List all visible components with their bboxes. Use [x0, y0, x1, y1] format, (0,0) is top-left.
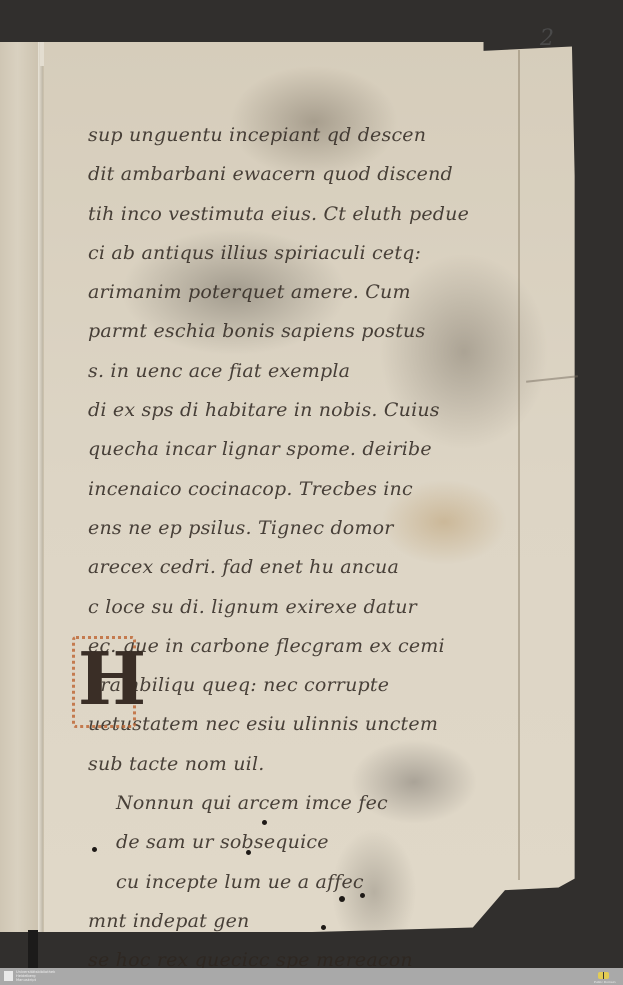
text-line: prambiliqu queq: nec corrupte: [88, 674, 488, 713]
ink-spot: [321, 925, 326, 930]
decorated-initial: H: [78, 640, 124, 718]
ink-spot: [92, 847, 97, 852]
text-line: sub tacte nom uil.: [88, 753, 488, 792]
text-line: c loce su di. lignum exirexe datur: [88, 596, 488, 635]
text-line: arecex cedri. fad enet hu ancua: [88, 556, 488, 595]
manuscript-text-block: sup unguentu incepiant qd descen dit amb…: [88, 124, 488, 985]
text-line: dit ambarbani ewacern quod discend: [88, 163, 488, 202]
text-line: Nonnun qui arcem imce fec: [88, 792, 488, 831]
ink-spot: [262, 820, 267, 825]
license-label: Public Domain Mark: [594, 980, 623, 985]
text-line: ec. que in carbone flecgram ex cemi: [88, 635, 488, 674]
text-line: uetustatem nec esiu ulinnis unctem: [88, 713, 488, 752]
footer-bar: [0, 968, 623, 985]
text-line: ens ne ep psilus. Tignec domor: [88, 517, 488, 556]
text-line: di ex sps di habitare in nobis. Cuius: [88, 399, 488, 438]
folio-number: 2: [540, 26, 554, 51]
ink-spot: [339, 896, 345, 902]
text-line: mnt indepat gen: [88, 910, 488, 949]
text-line: s. in uenc ace fiat exempla: [88, 360, 488, 399]
text-line: quecha incar lignar spome. deiribe: [88, 438, 488, 477]
text-line: incenaico cocinacop. Trecbes inc: [88, 478, 488, 517]
text-line: tih inco vestimuta eius. Ct eluth pedue: [88, 203, 488, 242]
library-logo-icon: [4, 971, 13, 981]
public-domain-icon: [598, 972, 609, 979]
text-line: cu incepte lum ue a affec: [88, 871, 488, 910]
ink-spot: [360, 893, 365, 898]
binding-shadow: [28, 930, 38, 968]
ink-spot: [246, 850, 251, 855]
vertical-fold-line: [518, 50, 520, 880]
text-line: sup unguentu incepiant qd descen: [88, 124, 488, 163]
text-line: de sam ur sobsequice: [88, 831, 488, 870]
footer-attribution: Universitätsbibliothek Heidelberg Manusk…: [16, 970, 55, 982]
binding-guard-strip: [38, 42, 43, 932]
text-line: ci ab antiqus illius spiriaculi cetq:: [88, 242, 488, 281]
text-line: parmt eschia bonis sapiens postus: [88, 320, 488, 359]
text-line: arimanim poterquet amere. Cum: [88, 281, 488, 320]
